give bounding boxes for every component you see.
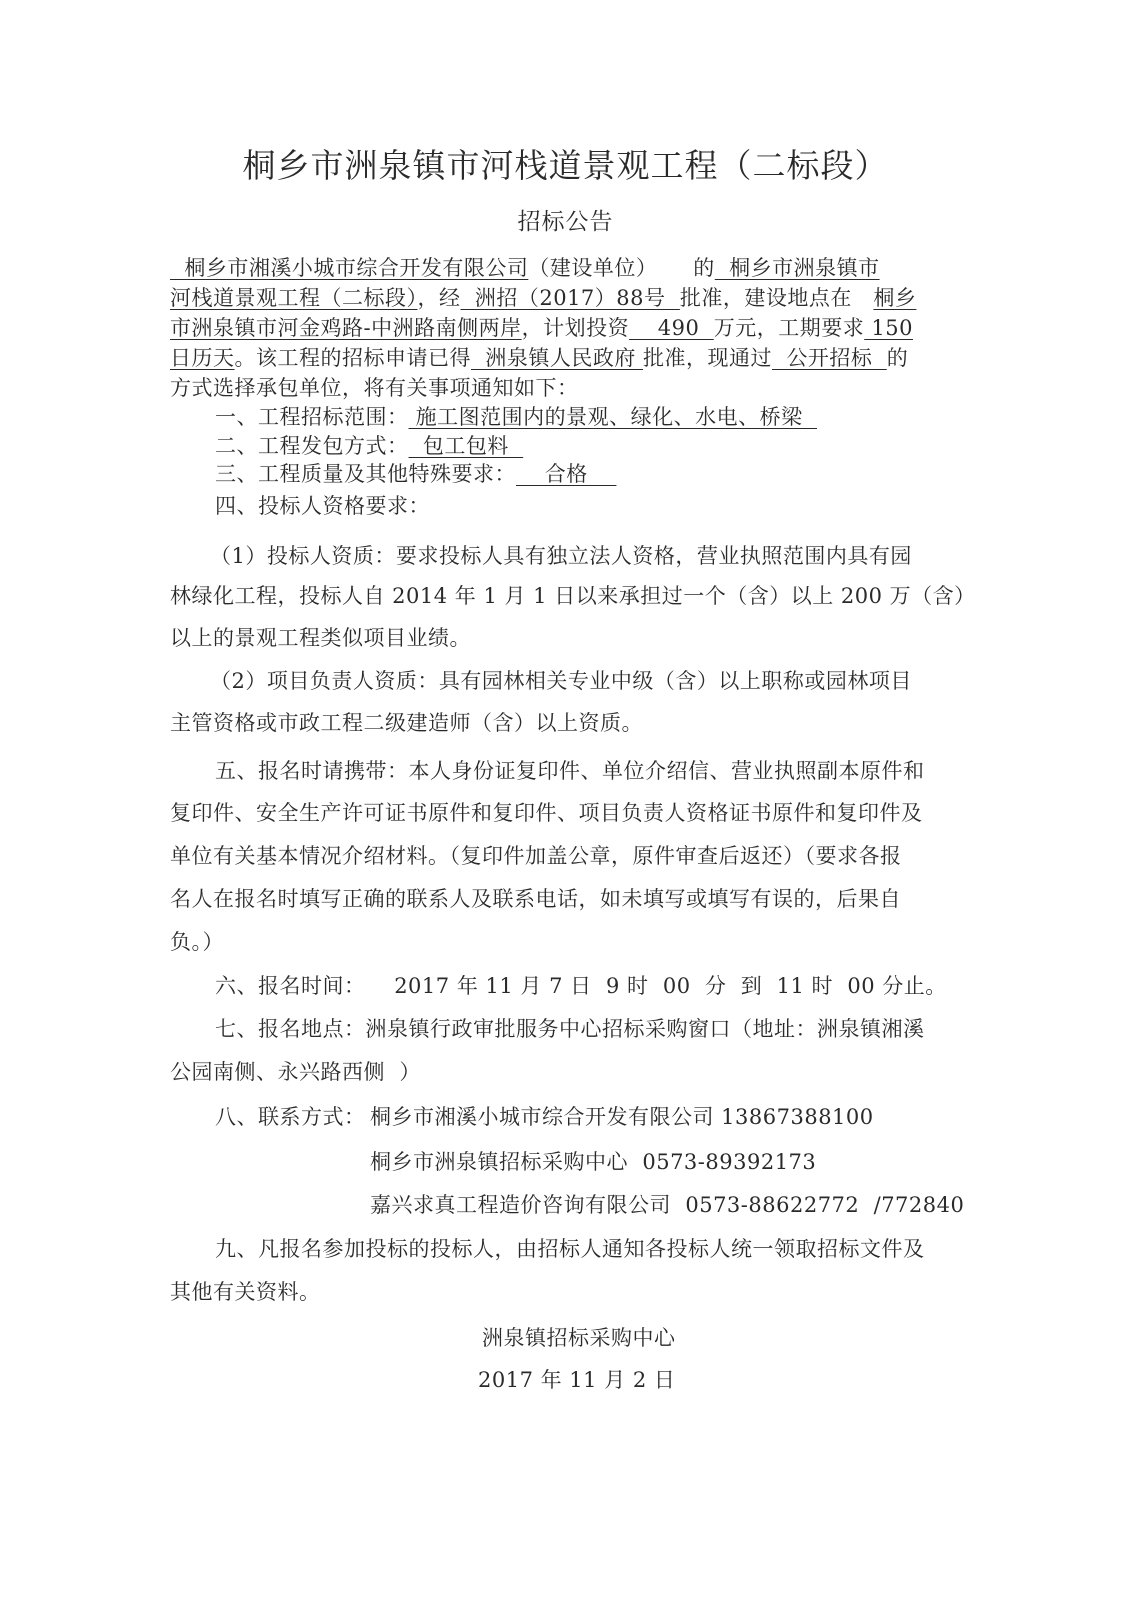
intro-line-1: 桐乡市湘溪小城市综合开发有限公司（建设单位） 的 桐乡市洲泉镇市	[170, 252, 880, 282]
project-name-part2: 河栈道景观工程（二标段）	[170, 286, 418, 310]
investment-amount: 490	[629, 316, 714, 340]
section5-line-3: 单位有关基本情况介绍材料。（复印件加盖公章，原件审查后返还）（要求各报	[170, 840, 902, 870]
project-name-part1: 桐乡市洲泉镇市	[715, 256, 880, 280]
quality-value: 合格	[516, 462, 616, 486]
intro-line-5: 方式选择承包单位，将有关事项通知如下：	[170, 372, 579, 402]
qual2-line-2: 主管资格或市政工程二级建造师（含）以上资质。	[170, 707, 643, 737]
section5-line-4: 名人在报名时填写正确的联系人及联系电话，如未填写或填写有误的，后果自	[170, 883, 901, 913]
intro-line-2: 河栈道景观工程（二标段），经 洲招（2017）88号 批准，建设地点在 桐乡	[170, 282, 916, 312]
location-part2: 市洲泉镇市河金鸡路-中洲路南侧两岸	[170, 316, 522, 340]
approving-authority: 洲泉镇人民政府	[471, 346, 643, 370]
item-quality: 三、工程质量及其他特殊要求： 合格	[215, 458, 616, 488]
intro-line-3: 市洲泉镇市河金鸡路-中洲路南侧两岸，计划投资 490 万元，工期要求 150	[170, 312, 913, 342]
contact-label: 八、联系方式：	[215, 1101, 366, 1131]
qual1-line-1: （1）投标人资质：要求投标人具有独立法人资格，营业执照范围内具有园	[210, 540, 912, 570]
scope-value: 施工图范围内的景观、绿化、水电、桥梁	[409, 405, 818, 429]
approval-number: 洲招（2017）88号	[461, 286, 680, 310]
bidding-method: 公开招标	[772, 346, 887, 370]
registration-location-line-1: 七、报名地点：洲泉镇行政审批服务中心招标采购窗口（地址：洲泉镇湘溪	[215, 1013, 925, 1043]
section5-line-2: 复印件、安全生产许可证书原件和复印件、项目负责人资格证书原件和复印件及	[170, 797, 923, 827]
signature-date: 2017 年 11 月 2 日	[478, 1364, 675, 1394]
builder-name: 桐乡市湘溪小城市综合开发有限公司	[170, 256, 528, 280]
contract-method-value: 包工包料	[409, 434, 524, 458]
section5-line-5: 负。）	[170, 926, 224, 956]
contact-2: 桐乡市洲泉镇招标采购中心 0573-89392173	[370, 1146, 816, 1176]
contact-3: 嘉兴求真工程造价咨询有限公司 0573-88622772 /772840	[370, 1189, 964, 1219]
section9-line-2: 其他有关资料。	[170, 1276, 321, 1306]
signature-org: 洲泉镇招标采购中心	[482, 1322, 676, 1352]
item-contract-method: 二、工程发包方式： 包工包料	[215, 430, 523, 460]
qual1-line-3: 以上的景观工程类似项目业绩。	[170, 622, 471, 652]
registration-location-line-2: 公园南侧、永兴路西侧 ）	[170, 1056, 421, 1086]
document-title: 桐乡市洲泉镇市河栈道景观工程（二标段）	[0, 140, 1131, 187]
registration-time: 六、报名时间： 2017 年 11 月 7 日 9 时 00 分 到 11 时 …	[215, 970, 947, 1000]
duration-part2: 日历天	[170, 346, 235, 370]
location-part1: 桐乡	[873, 286, 916, 310]
qual2-line-1: （2）项目负责人资质：具有园林相关专业中级（含）以上职称或园林项目	[210, 665, 912, 695]
duration-part1: 150	[864, 316, 913, 340]
document-subtitle: 招标公告	[0, 203, 1131, 236]
contact-1: 桐乡市湘溪小城市综合开发有限公司 13867388100	[370, 1101, 874, 1131]
item-qualification-heading: 四、投标人资格要求：	[215, 490, 430, 520]
qual1-line-2: 林绿化工程，投标人自 2014 年 1 月 1 日以来承担过一个（含）以上 20…	[170, 580, 976, 610]
section5-line-1: 五、报名时请携带：本人身份证复印件、单位介绍信、营业执照副本原件和	[215, 755, 925, 785]
intro-line-4: 日历天。该工程的招标申请已得 洲泉镇人民政府 批准，现通过 公开招标 的	[170, 342, 908, 372]
section9-line-1: 九、凡报名参加投标的投标人，由招标人通知各投标人统一领取招标文件及	[215, 1233, 925, 1263]
item-scope: 一、工程招标范围： 施工图范围内的景观、绿化、水电、桥梁	[215, 401, 817, 431]
